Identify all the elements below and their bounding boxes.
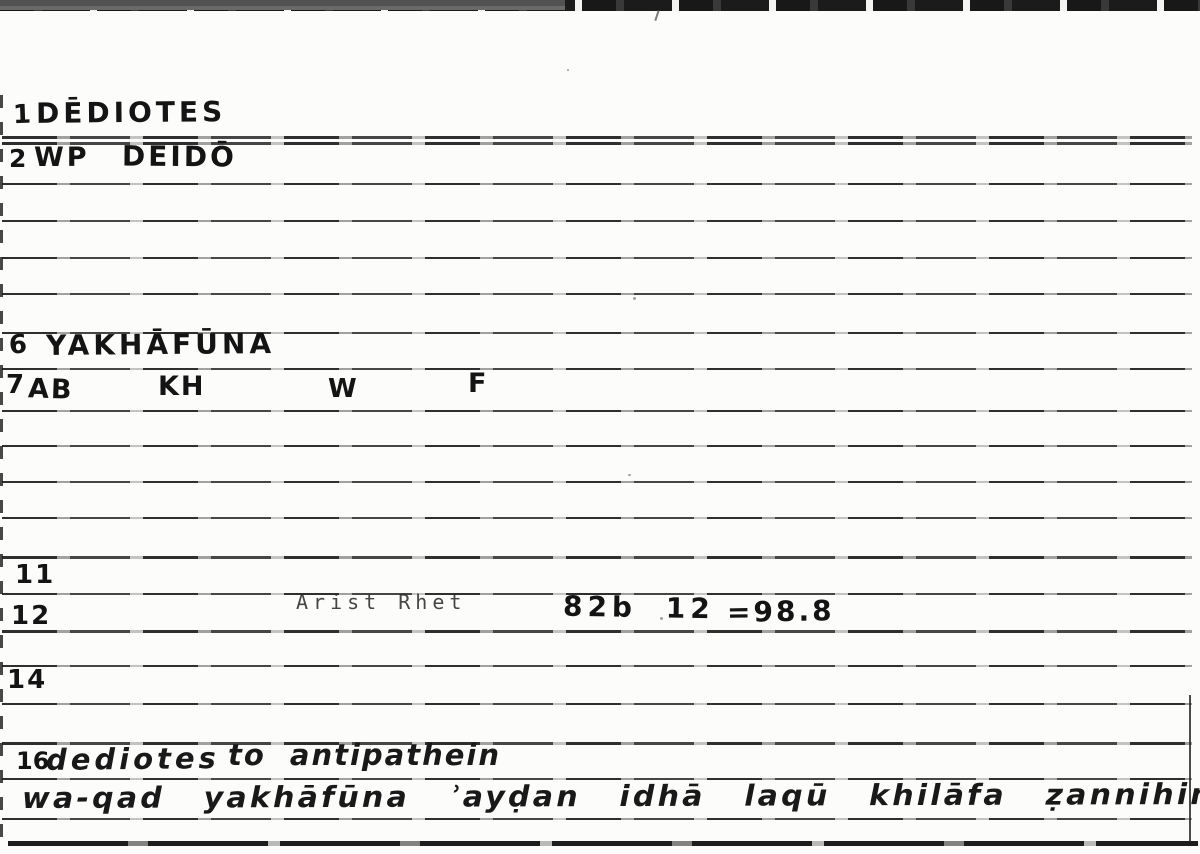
ruled-line <box>2 556 1192 559</box>
ruled-line <box>2 368 1192 370</box>
ruled-line <box>2 257 1192 259</box>
scan-left-edge-dashes <box>0 95 3 845</box>
ruled-line <box>2 818 1192 820</box>
ruled-line <box>2 445 1192 447</box>
scan-speck <box>567 69 569 71</box>
ruled-line <box>2 517 1192 519</box>
card-right-rule <box>1189 695 1191 845</box>
ruled-line <box>2 136 1192 139</box>
scan-top-edge-solid <box>0 0 565 10</box>
root-letter-w: W <box>328 374 357 404</box>
scan-speck <box>633 297 636 300</box>
source-abbreviation: WP <box>34 142 90 173</box>
root-letter-kh: KH <box>158 371 206 402</box>
ruled-line <box>2 630 1192 633</box>
ruled-line <box>2 183 1192 185</box>
line-number-7: 7 <box>6 370 24 400</box>
scan-speck <box>628 474 631 476</box>
index-card: 1 DĒDIOTES 2 WP DEIDŌ 6 YAKHĀFŪNA 7 AB K… <box>0 0 1200 854</box>
citation-equivalent-ref: =98.8 <box>727 594 835 629</box>
card-bottom-rule <box>8 841 1198 846</box>
ruled-line <box>2 293 1192 295</box>
ruled-line <box>2 665 1192 667</box>
ruled-line <box>2 481 1192 483</box>
ruled-line <box>2 703 1192 705</box>
ruled-line <box>2 410 1192 412</box>
citation-locus: 82b 12 <box>563 590 715 626</box>
line-number-1: 1 <box>12 100 31 131</box>
line-number-12: 12 <box>11 601 51 631</box>
line-number-14: 14 <box>7 665 47 695</box>
root-field-ab: AB <box>27 373 74 406</box>
line-number-6: 6 <box>8 330 28 361</box>
headword-greek: DĒDIOTES <box>36 95 227 130</box>
arabic-translit-headword: YAKHĀFŪNA <box>46 327 275 362</box>
greek-translit-phrase: to antipathein <box>228 738 501 772</box>
line-number-11: 11 <box>15 560 55 590</box>
line-number-2: 2 <box>9 144 26 173</box>
scan-tick-mark <box>654 10 659 21</box>
arabic-translit-sentence: wa-qad yakhāfūna ʾayḍan idhā laqū khilāf… <box>22 777 1200 815</box>
greek-translit-word: dediotes <box>46 741 220 777</box>
ruled-line <box>2 220 1192 222</box>
line-number-16: 16 <box>16 747 49 775</box>
citation-work: Arist Rhet <box>296 590 466 614</box>
root-letter-f: F <box>468 368 486 399</box>
lemma-form: DEIDŌ <box>122 139 237 173</box>
